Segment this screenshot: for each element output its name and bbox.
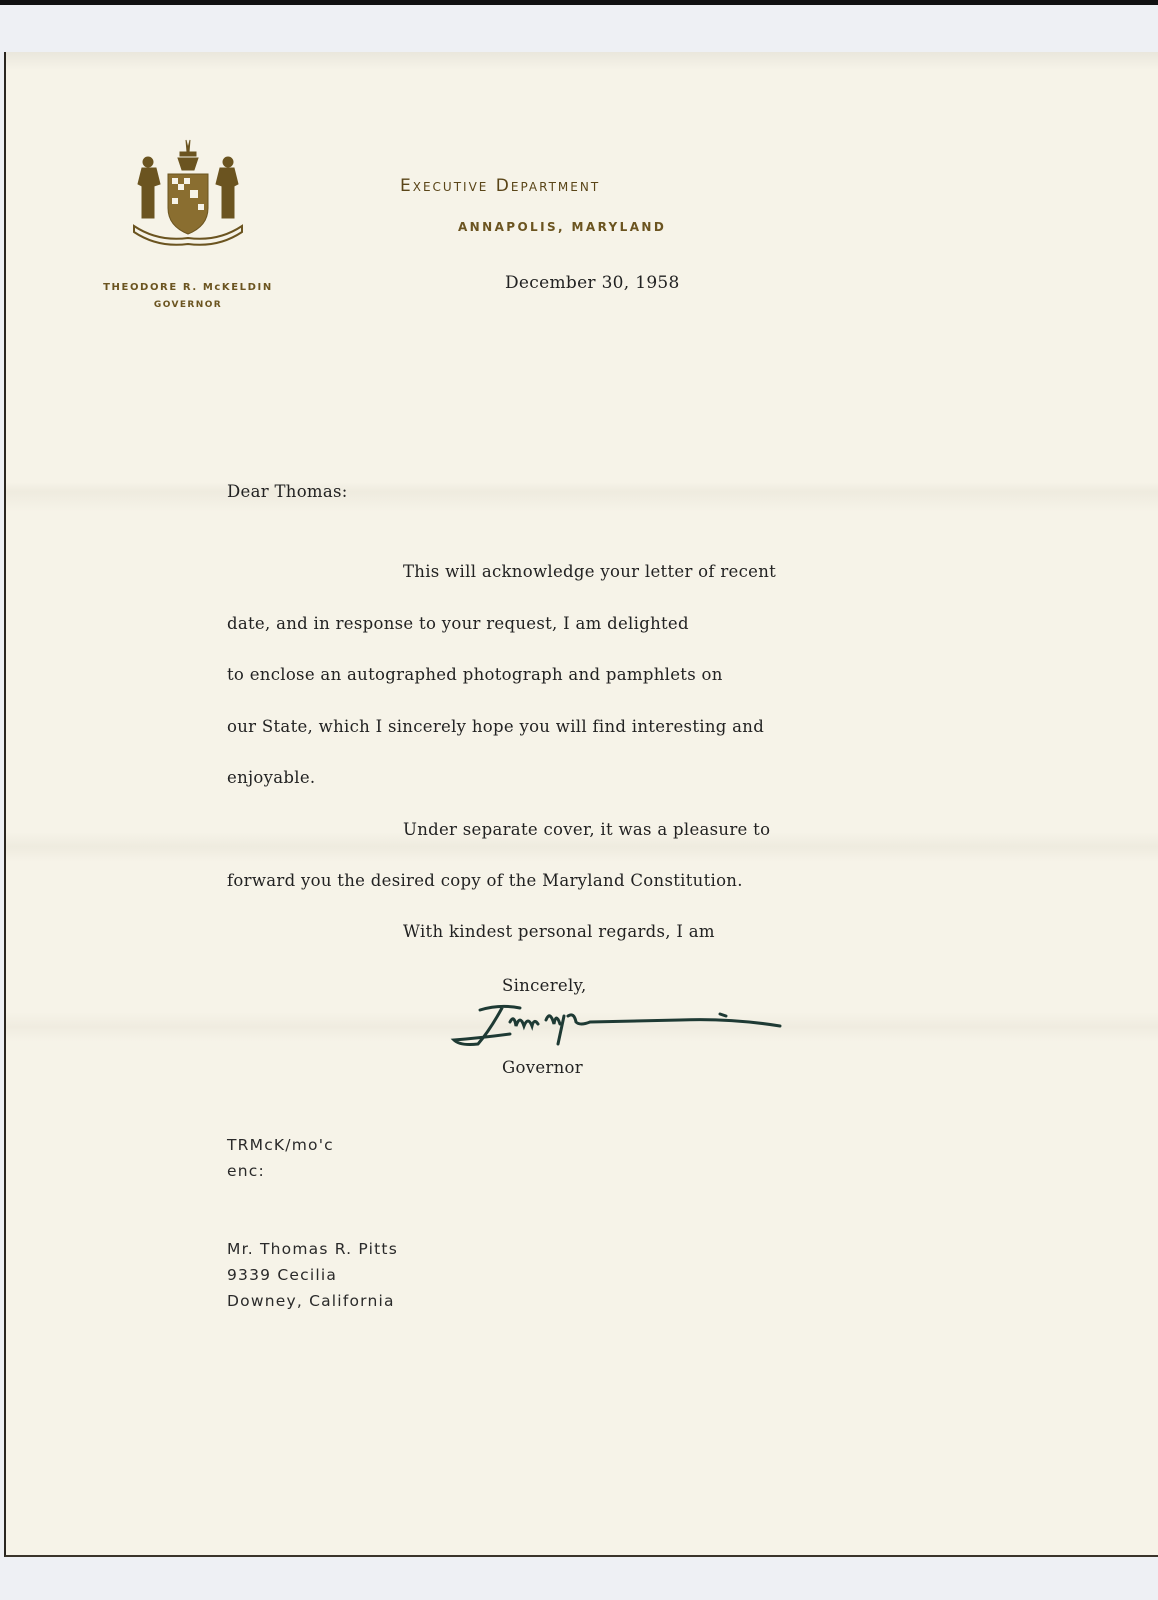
governor-title: GOVERNOR: [88, 300, 288, 310]
signer-title: Governor: [502, 1058, 583, 1077]
body-line: date, and in response to your request, I…: [227, 614, 689, 633]
location-heading: ANNAPOLIS, MARYLAND: [458, 220, 666, 234]
recipient-city: Downey, California: [227, 1292, 395, 1310]
body-line: enjoyable.: [227, 768, 315, 787]
recipient-name: Mr. Thomas R. Pitts: [227, 1240, 398, 1258]
body-line: Under separate cover, it was a pleasure …: [403, 820, 770, 839]
coat-of-arms-icon: [128, 138, 248, 258]
body-line: This will acknowledge your letter of rec…: [403, 562, 776, 581]
body-line: our State, which I sincerely hope you wi…: [227, 717, 764, 736]
reference-initials: TRMcK/mo'c: [227, 1136, 334, 1154]
governor-name: THEODORE R. McKELDIN: [88, 282, 288, 293]
salutation: Dear Thomas:: [227, 482, 348, 501]
department-heading: Executive Department: [400, 176, 600, 196]
letter-date: December 30, 1958: [505, 273, 680, 293]
signature-icon: [450, 1000, 850, 1060]
body-line: forward you the desired copy of the Mary…: [227, 871, 743, 890]
enclosure-note: enc:: [227, 1162, 265, 1180]
valediction: Sincerely,: [502, 976, 587, 995]
body-line: to enclose an autographed photograph and…: [227, 665, 723, 684]
scan-top-border: [0, 0, 1158, 5]
recipient-street: 9339 Cecilia: [227, 1266, 337, 1284]
body-line: With kindest personal regards, I am: [403, 922, 715, 941]
